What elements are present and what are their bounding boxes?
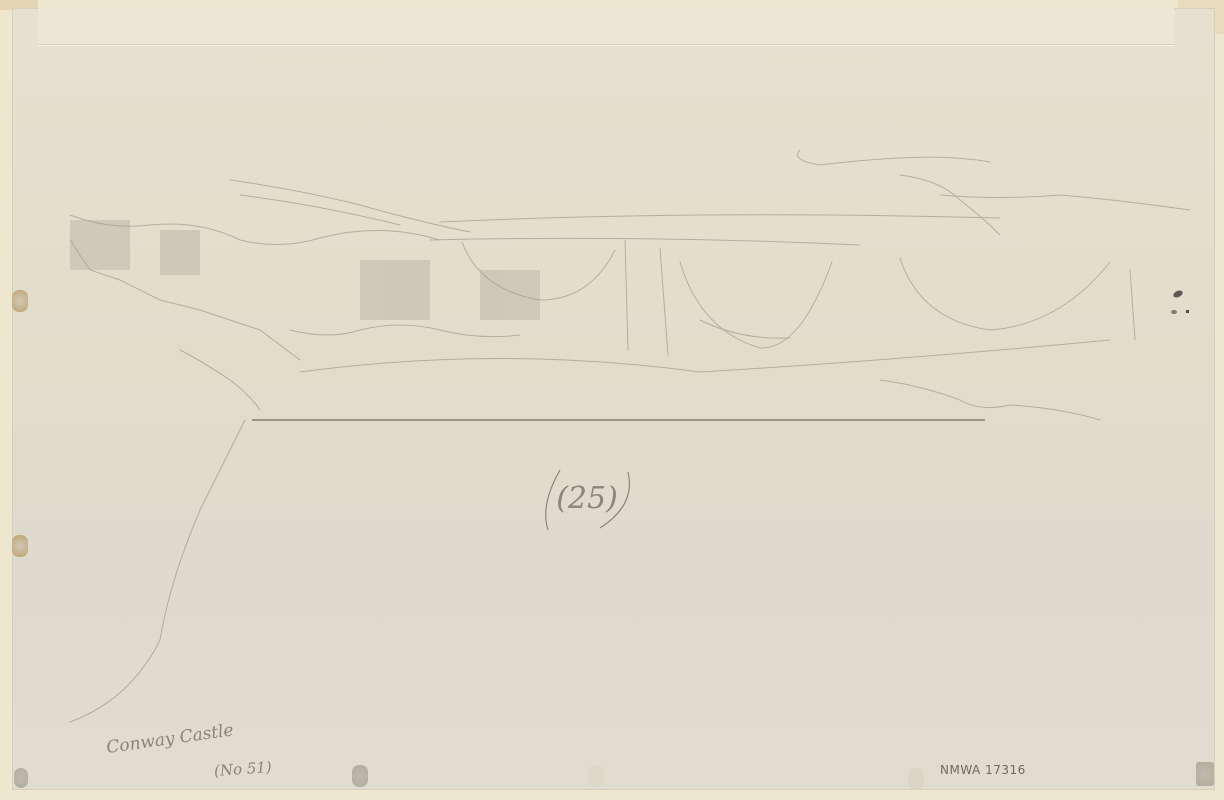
circled-number: (25)	[544, 468, 630, 530]
accession-number: NMWA 17316	[940, 763, 1026, 777]
pencil-sketch	[0, 0, 1224, 800]
